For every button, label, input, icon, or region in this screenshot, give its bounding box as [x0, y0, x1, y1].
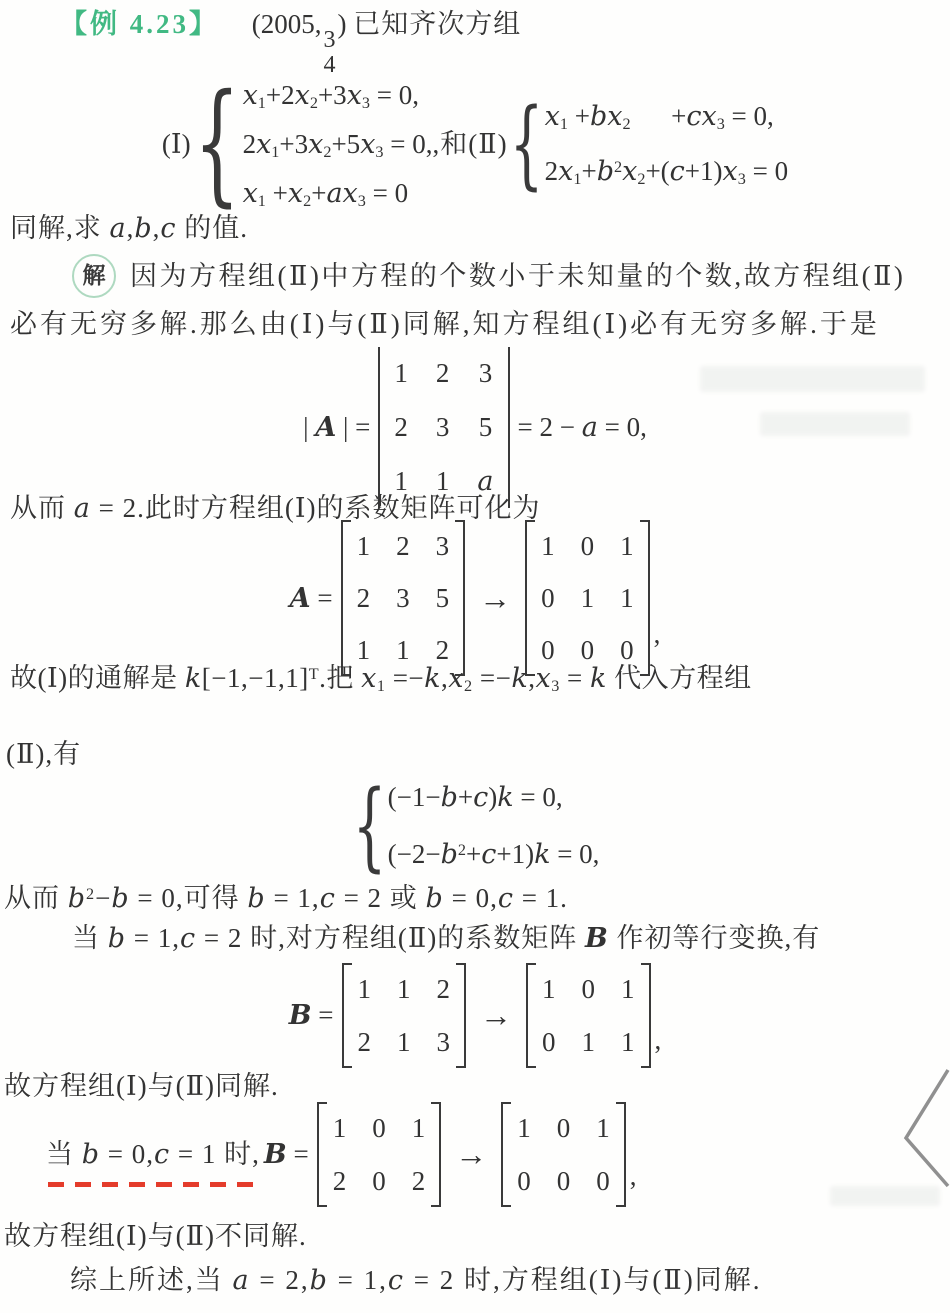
matrix-cell: 1	[397, 971, 411, 1007]
display-comma: ,	[655, 1022, 662, 1058]
bleedthrough-artifact	[760, 412, 910, 436]
matrix-a-lhs: A =	[290, 580, 333, 617]
equation-row: 2x1+3x2+5x3 = 0,	[243, 126, 433, 163]
systems-connector: ,和(Ⅱ)	[433, 126, 508, 162]
solution-badge: 解	[72, 254, 116, 298]
matrix-cell: 5	[436, 580, 450, 616]
matrix-cell: 1	[621, 1024, 635, 1060]
system-1-label: (Ⅰ)	[162, 126, 191, 162]
given-systems-display: (Ⅰ) { x1+2x2+3x3 = 0, 2x1+3x2+5x3 = 0, x…	[0, 74, 950, 214]
solution-paragraph-line-1: 解 因为方程组(Ⅱ)中方程的个数小于未知量的个数,故方程组(Ⅱ)	[10, 254, 905, 298]
score-fraction: 34	[324, 28, 336, 78]
substituted-equations: (−1−b+c)k = 0, (−2−b2+c+1)k = 0,	[388, 779, 600, 873]
display-comma: ,	[654, 616, 661, 652]
solution-text: 因为方程组(Ⅱ)中方程的个数小于未知量的个数,故方程组(Ⅱ)	[130, 258, 905, 294]
matrix-cell: 1	[582, 1024, 596, 1060]
matrix-cell: 0	[372, 1163, 386, 1199]
textbook-page: 【例 4.23】 (2005,34) 已知齐次方组 (Ⅰ) { x1+2x2+3…	[0, 0, 950, 1313]
exam-source-prefix: (2005,	[252, 9, 322, 39]
matrix-cell: 1	[394, 355, 408, 391]
matrix-cell: 2	[357, 580, 371, 616]
matrix-b2-lhs: B =	[264, 1136, 309, 1173]
matrix-cell: 1	[596, 1110, 610, 1146]
bleedthrough-artifact	[830, 1186, 940, 1206]
matrix-cell: 1	[620, 580, 634, 616]
matrix-cell: 2	[436, 355, 450, 391]
row-reduction-arrow-icon: →	[455, 1136, 487, 1172]
display-comma: ,	[630, 1158, 637, 1194]
matrix-cell: 1	[357, 528, 371, 564]
matrix-cell: 2	[437, 971, 451, 1007]
system-2-equations: x1 +bx2 +cx3 = 0, 2x1+b2x2+(c+1)x3 = 0	[545, 98, 788, 190]
matrix-cell: 1	[581, 580, 595, 616]
matrix-cell: 0	[372, 1110, 386, 1146]
line-case2-result: 故方程组(Ⅰ)与(Ⅱ)不同解.	[4, 1218, 307, 1254]
line-conclusion: 综上所述,当 a = 2,b = 1,c = 2 时,方程组(Ⅰ)与(Ⅱ)同解.	[10, 1262, 761, 1299]
matrix-cell: 1	[620, 528, 634, 564]
matrix-cell: 2	[394, 409, 408, 445]
matrix-b1-lhs: B =	[289, 997, 334, 1034]
equation-row: x1+2x2+3x3 = 0,	[243, 77, 419, 114]
substituted-system-display: { (−1−b+c)k = 0, (−2−b2+c+1)k = 0,	[0, 772, 950, 880]
determinant-rhs: = 2 − a = 0,	[518, 409, 647, 446]
matrix-cell: 1	[621, 971, 635, 1007]
matrix-cell: 2	[396, 528, 410, 564]
equation-row: 2x1+b2x2+(c+1)x3 = 0	[545, 153, 788, 190]
matrix-cell: 1	[517, 1110, 531, 1146]
matrix-cell: 1	[333, 1110, 347, 1146]
matrix-b1-right: 101 011	[526, 963, 651, 1068]
case2-underlined-prefix: 当 b = 0,c = 1 时,	[46, 1136, 260, 1173]
matrix-b1-left: 112 213	[342, 963, 467, 1068]
matrix-cell: 3	[436, 528, 450, 564]
equation-row: x1 +x2+ax3 = 0	[243, 175, 409, 212]
matrix-cell: 3	[437, 1024, 451, 1060]
matrix-b2-left: 101 202	[317, 1102, 442, 1207]
matrix-b1-display: B = 112 213 → 101 011 ,	[0, 962, 950, 1068]
matrix-cell: 0	[582, 971, 596, 1007]
matrix-b2-right: 101 000	[501, 1102, 626, 1207]
matrix-cell: 1	[412, 1110, 426, 1146]
line-system2-ref: (Ⅱ),有	[6, 736, 81, 772]
matrix-cell: 2	[358, 1024, 372, 1060]
matrix-cell: 3	[436, 409, 450, 445]
system-1-equations: x1+2x2+3x3 = 0, 2x1+3x2+5x3 = 0, x1 +x2+…	[243, 77, 433, 212]
left-brace-system-1: {	[193, 91, 239, 197]
equation-row: (−1−b+c)k = 0,	[388, 779, 563, 816]
matrix-cell: 5	[479, 409, 493, 445]
row-reduction-arrow-icon: →	[480, 997, 512, 1033]
case2-line: 当 b = 0,c = 1 时, B = 101 202 → 101 000 ,	[46, 1104, 636, 1204]
problem-statement-line: 同解,求 a,b,c 的值.	[10, 210, 248, 247]
row-reduction-arrow-icon: →	[479, 580, 511, 616]
equation-row: x1 +bx2 +cx3 = 0,	[545, 98, 774, 135]
exam-source-suffix: )	[338, 9, 347, 39]
matrix-cell: 0	[517, 1163, 531, 1199]
determinant-lhs: | A | =	[303, 409, 370, 446]
matrix-cell: 1	[397, 1024, 411, 1060]
matrix-cell: 0	[581, 528, 595, 564]
diamond-outline-shape	[898, 1062, 950, 1194]
matrix-cell: 2	[412, 1163, 426, 1199]
matrix-a-display: A = 123 235 112 → 101 011 000 ,	[0, 534, 950, 662]
bleedthrough-artifact	[700, 366, 925, 392]
line-case1: 当 b = 1,c = 2 时,对方程组(Ⅱ)的系数矩阵 B 作初等行变换,有	[10, 920, 820, 957]
matrix-cell: 0	[596, 1163, 610, 1199]
matrix-cell: 1	[358, 971, 372, 1007]
matrix-cell: 2	[333, 1163, 347, 1199]
example-header: 【例 4.23】 (2005,34) 已知齐次方组	[60, 6, 521, 78]
example-tag: 【例 4.23】	[60, 9, 219, 39]
matrix-cell: 1	[542, 971, 556, 1007]
left-brace-substituted: {	[352, 788, 386, 865]
line-case1-result: 故方程组(Ⅰ)与(Ⅱ)同解.	[4, 1068, 279, 1104]
determinant-matrix: 123 235 11a	[378, 347, 509, 508]
line-b-solve: 从而 b2−b = 0,可得 b = 1,c = 2 或 b = 0,c = 1…	[4, 880, 568, 917]
matrix-cell: 0	[557, 1163, 571, 1199]
header-title: 已知齐次方组	[353, 9, 521, 39]
matrix-cell: 1	[541, 528, 555, 564]
equation-row: (−2−b2+c+1)k = 0,	[388, 836, 600, 873]
matrix-cell: 3	[479, 355, 493, 391]
matrix-a-right: 101 011 000	[525, 520, 650, 676]
matrix-a-left: 123 235 112	[341, 520, 466, 676]
line-general-solution: 故(Ⅰ)的通解是 k[−1,−1,1]T.把 x1 =−k,x2 =−k,x3 …	[10, 660, 752, 697]
solution-paragraph-line-2: 必有无穷多解.那么由(Ⅰ)与(Ⅱ)同解,知方程组(Ⅰ)必有无穷多解.于是	[10, 306, 880, 342]
matrix-cell: 0	[557, 1110, 571, 1146]
matrix-cell: 0	[541, 580, 555, 616]
score-top: 3	[324, 28, 336, 53]
matrix-cell: 0	[542, 1024, 556, 1060]
left-brace-system-2: {	[509, 106, 543, 183]
matrix-cell: 3	[396, 580, 410, 616]
